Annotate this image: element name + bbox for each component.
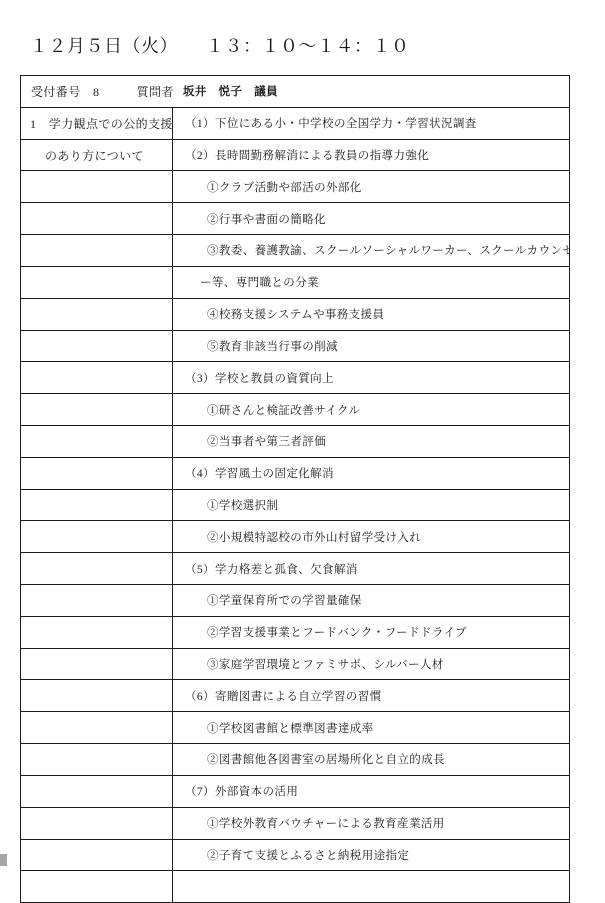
table-row: ⑤教育非該当行事の削減 xyxy=(21,330,569,362)
table-row: ②子育て支援とふるさと納税用途指定 xyxy=(21,839,569,871)
topic-cell xyxy=(21,490,173,521)
table-row: （6）寄贈図書による自立学習の習慣 xyxy=(21,679,569,711)
item-cell: ②子育て支援とふるさと納税用途指定 xyxy=(173,840,569,871)
topic-cell xyxy=(21,299,173,330)
item-cell: ①学校外教育バウチャーによる教育産業活用 xyxy=(173,808,569,839)
topic-cell xyxy=(21,553,173,584)
table-row: （3）学校と教員の資質向上 xyxy=(21,361,569,393)
table-row: ③家庭学習環境とファミサポ、シルバー人材 xyxy=(21,648,569,680)
table-row: ー等、専門職との分業 xyxy=(21,266,569,298)
session-time: １３：１０～１４：１０ xyxy=(206,32,410,58)
reception-row: 受付番号 8 質問者 坂井 悦子 議員 xyxy=(21,76,569,107)
question-table: 受付番号 8 質問者 坂井 悦子 議員 1 学力観点での公的支援 （1）下位にあ… xyxy=(20,75,570,903)
item-cell: ①学童保育所での学習量確保 xyxy=(173,585,569,616)
item-cell: ー等、専門職との分業 xyxy=(173,267,569,298)
table-row: ②当事者や第三者評価 xyxy=(21,425,569,457)
item-cell: ③家庭学習環境とファミサポ、シルバー人材 xyxy=(173,649,569,680)
session-date: １２月５日（火） xyxy=(30,32,178,58)
table-row: ②行事や書面の簡略化 xyxy=(21,202,569,234)
topic-cell xyxy=(21,362,173,393)
date-header: １２月５日（火） １３：１０～１４：１０ xyxy=(30,32,410,58)
topic-cell xyxy=(21,840,173,871)
reception-label: 受付番号 8 質問者 xyxy=(31,83,174,100)
item-cell xyxy=(173,871,569,902)
topic-cell xyxy=(21,712,173,743)
item-cell: ①クラブ活動や部活の外部化 xyxy=(173,171,569,202)
table-row: ②小規模特認校の市外山村留学受け入れ xyxy=(21,520,569,552)
table-row: ②図書館他各図書室の居場所化と自立的成長 xyxy=(21,743,569,775)
table-row: ④校務支援システムや事務支援員 xyxy=(21,298,569,330)
item-cell: （5）学力格差と孤食、欠食解消 xyxy=(173,553,569,584)
topic-cell xyxy=(21,871,173,902)
item-cell: （1）下位にある小・中学校の全国学力・学習状況調査 xyxy=(173,108,569,139)
item-cell: （6）寄贈図書による自立学習の習慣 xyxy=(173,680,569,711)
topic-cell xyxy=(21,426,173,457)
topic-cell xyxy=(21,680,173,711)
topic-cell xyxy=(21,235,173,266)
item-cell: ③教委、養護教諭、スクールソーシャルワーカー、スクールカウンセラ xyxy=(173,235,569,266)
document-page: １２月５日（火） １３：１０～１４：１０ 受付番号 8 質問者 坂井 悦子 議員… xyxy=(0,0,605,903)
item-cell: ②学習支援事業とフードバンク・フードドライブ xyxy=(173,617,569,648)
topic-cell xyxy=(21,331,173,362)
item-cell: ②行事や書面の簡略化 xyxy=(173,203,569,234)
table-row: （7）外部資本の活用 xyxy=(21,775,569,807)
topic-cell xyxy=(21,267,173,298)
table-row: ①学校外教育バウチャーによる教育産業活用 xyxy=(21,807,569,839)
item-cell: （2）長時間勤務解消による教員の指導力強化 xyxy=(173,140,569,171)
item-cell: ⑤教育非該当行事の削減 xyxy=(173,331,569,362)
table-row xyxy=(21,870,569,902)
table-row: （5）学力格差と孤食、欠食解消 xyxy=(21,552,569,584)
scan-artifact xyxy=(0,854,7,866)
topic-cell xyxy=(21,394,173,425)
item-cell: ①学校選択制 xyxy=(173,490,569,521)
table-row: ③教委、養護教諭、スクールソーシャルワーカー、スクールカウンセラ xyxy=(21,234,569,266)
table-row: ①研さんと検証改善サイクル xyxy=(21,393,569,425)
item-cell: ②当事者や第三者評価 xyxy=(173,426,569,457)
topic-cell xyxy=(21,649,173,680)
topic-cell: のあり方について xyxy=(21,140,173,171)
table-row: 1 学力観点での公的支援 （1）下位にある小・中学校の全国学力・学習状況調査 xyxy=(21,107,569,139)
topic-cell xyxy=(21,521,173,552)
item-cell: （7）外部資本の活用 xyxy=(173,776,569,807)
item-cell: （4）学習風土の固定化解消 xyxy=(173,458,569,489)
table-row: ②学習支援事業とフードバンク・フードドライブ xyxy=(21,616,569,648)
item-cell: ①学校図書館と標準図書達成率 xyxy=(173,712,569,743)
topic-cell xyxy=(21,617,173,648)
table-row: ①クラブ活動や部活の外部化 xyxy=(21,170,569,202)
topic-cell xyxy=(21,808,173,839)
table-row: ①学校選択制 xyxy=(21,489,569,521)
table-row: （4）学習風土の固定化解消 xyxy=(21,457,569,489)
questioner-name: 坂井 悦子 議員 xyxy=(183,83,278,99)
item-cell: （3）学校と教員の資質向上 xyxy=(173,362,569,393)
item-cell: ①研さんと検証改善サイクル xyxy=(173,394,569,425)
topic-cell xyxy=(21,744,173,775)
topic-cell xyxy=(21,585,173,616)
table-row: のあり方について （2）長時間勤務解消による教員の指導力強化 xyxy=(21,139,569,171)
table-row: ①学校図書館と標準図書達成率 xyxy=(21,711,569,743)
topic-cell xyxy=(21,776,173,807)
table-row: ①学童保育所での学習量確保 xyxy=(21,584,569,616)
item-cell: ②図書館他各図書室の居場所化と自立的成長 xyxy=(173,744,569,775)
topic-cell xyxy=(21,458,173,489)
topic-cell xyxy=(21,203,173,234)
item-cell: ④校務支援システムや事務支援員 xyxy=(173,299,569,330)
item-cell: ②小規模特認校の市外山村留学受け入れ xyxy=(173,521,569,552)
topic-cell: 1 学力観点での公的支援 xyxy=(21,108,173,139)
topic-cell xyxy=(21,171,173,202)
